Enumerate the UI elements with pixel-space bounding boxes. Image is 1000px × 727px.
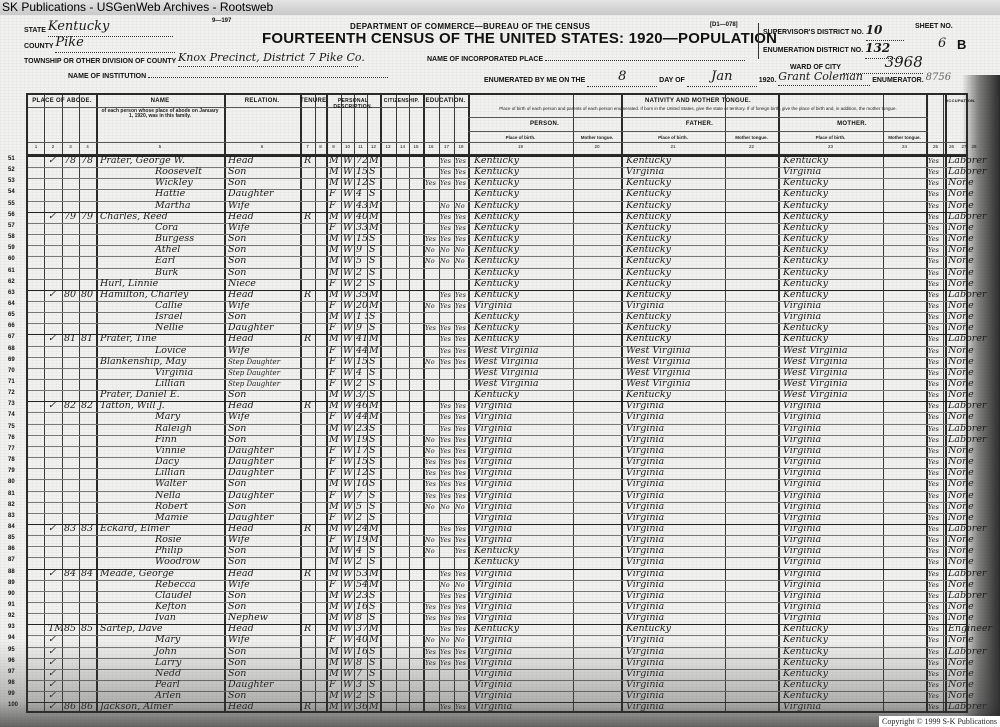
- cell-school: No: [425, 300, 439, 312]
- line-number: 69: [8, 357, 15, 363]
- cell-tenure: R: [304, 155, 314, 167]
- sheet-number: 6: [938, 36, 946, 51]
- column-number: 9: [326, 144, 341, 149]
- cell-tenure: R: [304, 400, 314, 412]
- header-occupation: OCCUPATION.: [945, 98, 970, 103]
- column-number: 24: [883, 144, 926, 149]
- enumerator-label: Enumerator.: [872, 77, 923, 84]
- enumerated-day: 8: [618, 69, 626, 84]
- line-number: 93: [8, 624, 15, 630]
- header-father: FATHER.: [621, 121, 778, 127]
- cell-school: Yes: [425, 612, 439, 624]
- state-field: State Kentucky: [24, 21, 173, 37]
- line-number: 68: [8, 346, 15, 352]
- column-number: 13: [380, 144, 396, 149]
- cell-father-birth: Virginia: [626, 701, 725, 713]
- county-label: County: [24, 43, 53, 50]
- ward-field: Ward of city 3968: [790, 55, 923, 74]
- enumerated-month: Jan: [711, 69, 732, 84]
- incorporated-label: Name of incorporated place: [427, 56, 543, 63]
- cell-family: 78: [81, 155, 96, 167]
- cell-tenure: R: [304, 568, 314, 580]
- cell-school: No: [425, 501, 439, 513]
- line-number: 71: [8, 379, 15, 385]
- cell-write: Yes: [455, 177, 468, 189]
- cell-read: Yes: [440, 300, 454, 312]
- cell-write: No: [455, 255, 468, 267]
- line-number: 64: [8, 301, 15, 307]
- column-number: 26: [945, 144, 958, 149]
- line-number: 70: [8, 368, 15, 374]
- column-number: 5: [96, 144, 224, 149]
- cell-family: 86: [81, 701, 96, 713]
- day-of-label: day of: [659, 77, 685, 84]
- column-number: 27: [958, 144, 970, 149]
- cell-mark: ✓: [48, 289, 62, 301]
- line-number: 90: [8, 591, 15, 597]
- cell-dwelling: 82: [64, 400, 79, 412]
- header-person-birth: Place of birth.: [468, 135, 573, 140]
- cell-family: 81: [81, 333, 96, 345]
- line-number: 65: [8, 312, 15, 318]
- line-number: 75: [8, 424, 15, 430]
- column-number: 11: [354, 144, 367, 149]
- line-number: 52: [8, 167, 15, 173]
- cell-tenure: R: [304, 523, 314, 535]
- cell-relation: Head: [228, 701, 298, 713]
- header-person: PERSON.: [468, 121, 621, 127]
- line-number: 54: [8, 189, 15, 195]
- state-value: Kentucky: [48, 19, 110, 34]
- line-number: 96: [8, 658, 15, 664]
- cell-school: No: [425, 545, 439, 557]
- cell-read: Yes: [440, 534, 454, 546]
- window-title: SK Publications - USGenWeb Archives - Ro…: [0, 0, 1000, 15]
- state-label: State: [24, 27, 46, 34]
- cell-family: 83: [81, 523, 96, 535]
- copyright-notice: Copyright © 1999 S-K Publications: [879, 716, 1000, 727]
- cell-dwelling: 81: [64, 333, 79, 345]
- column-number: 15: [409, 144, 423, 149]
- township-value: Knox Precinct, District 7 Pike Co.: [178, 51, 365, 64]
- header-personal-description: PERSONAL DESCRIPTION.: [326, 98, 380, 110]
- line-number: 97: [8, 669, 15, 675]
- header-mother-tongue: Mother tongue.: [883, 135, 926, 140]
- header-father-tongue: Mother tongue.: [725, 135, 778, 140]
- cell-school: No: [425, 356, 439, 368]
- cell-read: No: [440, 255, 454, 267]
- line-number: 99: [8, 691, 15, 697]
- column-number: 25: [926, 144, 945, 149]
- cell-dwelling: 85: [64, 623, 79, 635]
- cell-mother-birth: Virginia: [783, 701, 882, 713]
- line-number: 72: [8, 390, 15, 396]
- header-nativity-sub: Place of birth of each person and parent…: [478, 106, 918, 111]
- institution-field: Name of Institution: [68, 73, 388, 80]
- column-number: 12: [367, 144, 380, 149]
- column-number: 23: [778, 144, 883, 149]
- ward-value: 3968: [885, 53, 923, 71]
- column-number: 20: [573, 144, 621, 149]
- enumeration-label: Enumeration District No.: [763, 47, 863, 54]
- cell-dwelling: 79: [64, 211, 79, 223]
- column-number: 7: [300, 144, 315, 149]
- sheet-side: B: [957, 37, 966, 52]
- cell-mark: ✓: [48, 211, 62, 223]
- cell-school: Yes: [425, 657, 439, 669]
- cell-write: Yes: [455, 657, 468, 669]
- header-name-sub: of each person whose place of abode on J…: [100, 109, 220, 119]
- cell-mark: ✓: [48, 333, 62, 345]
- incorporated-place-field: Name of incorporated place: [427, 56, 745, 63]
- line-number: 88: [8, 569, 15, 575]
- cell-tenure: R: [304, 211, 314, 223]
- institution-label: Name of Institution: [68, 73, 146, 80]
- column-number: 19: [468, 144, 573, 149]
- cell-read: Yes: [440, 657, 454, 669]
- line-number: 92: [8, 613, 15, 619]
- cell-sex: M: [329, 701, 341, 713]
- line-number: 63: [8, 290, 15, 296]
- cell-name: Jackson, Almer: [100, 701, 222, 713]
- header-education: EDUCATION.: [423, 98, 468, 104]
- line-number: 55: [8, 201, 15, 207]
- column-number: 18: [454, 144, 468, 149]
- cell-tenure: R: [304, 333, 314, 345]
- cell-mark: ✓: [48, 155, 62, 167]
- cell-write: No: [455, 501, 468, 513]
- cell-tenure: R: [304, 701, 314, 713]
- enumerator-note: 8756: [926, 72, 951, 83]
- column-number: 3: [62, 144, 79, 149]
- header-person-tongue: Mother tongue.: [573, 135, 621, 140]
- column-number: 21: [621, 144, 725, 149]
- cell-read: Yes: [440, 177, 454, 189]
- line-number: 82: [8, 502, 15, 508]
- line-number: 58: [8, 234, 15, 240]
- cell-write: Yes: [455, 545, 468, 557]
- header-relation: RELATION.: [224, 98, 300, 104]
- cell-mark: ✓: [48, 523, 62, 535]
- cell-dwelling: 86: [64, 701, 79, 713]
- cell-english: Yes: [928, 701, 943, 713]
- cell-school: No: [425, 255, 439, 267]
- cell-dwelling: 80: [64, 289, 79, 301]
- column-number: 2: [44, 144, 62, 149]
- enumerated-label: Enumerated by me on the: [484, 77, 585, 84]
- line-number: 85: [8, 535, 15, 541]
- line-number: 61: [8, 268, 15, 274]
- column-number: 14: [396, 144, 409, 149]
- line-number: 83: [8, 513, 15, 519]
- line-number: 60: [8, 256, 15, 262]
- cell-birth: Virginia: [474, 701, 573, 713]
- line-number: 57: [8, 223, 15, 229]
- header-place-of-abode: PLACE OF ABODE.: [28, 98, 96, 104]
- cell-mark: ✓: [48, 701, 62, 713]
- header-father-birth: Place of birth.: [621, 135, 725, 140]
- county-value: Pike: [55, 35, 83, 50]
- column-number: 17: [439, 144, 454, 149]
- line-number: 89: [8, 580, 15, 586]
- cell-write: Yes: [455, 300, 468, 312]
- cell-write: Yes: [455, 701, 468, 713]
- line-number: 77: [8, 446, 15, 452]
- district-box: Supervisor's District No. 10 Enumeration…: [758, 23, 904, 59]
- header-mother: MOTHER.: [778, 121, 926, 127]
- supervisor-value: 10: [866, 23, 883, 37]
- cell-trade: Laborer: [948, 701, 1000, 713]
- cell-race: W: [343, 701, 354, 713]
- cell-family: 85: [81, 623, 96, 635]
- line-number: 74: [8, 412, 15, 418]
- line-number: 53: [8, 178, 15, 184]
- form-code: [D1—078]: [710, 22, 738, 28]
- column-number: 16: [423, 144, 439, 149]
- column-number: 8: [315, 144, 326, 149]
- township-field: Township or other division of county Kno…: [24, 53, 358, 67]
- header-citizenship: CITIZENSHIP.: [380, 98, 423, 104]
- header-nativity: NATIVITY AND MOTHER TONGUE.: [468, 98, 928, 104]
- line-number: 80: [8, 479, 15, 485]
- cell-write: Yes: [455, 356, 468, 368]
- ward-label: Ward of city: [790, 64, 841, 71]
- cell-read: Yes: [440, 701, 454, 713]
- line-number: 59: [8, 245, 15, 251]
- form-number: 9—197: [212, 18, 231, 24]
- line-number: 73: [8, 401, 15, 407]
- county-field: County Pike: [24, 37, 175, 53]
- table-row: 100✓8686Jackson, AlmerHeadRMW36MYesYesVi…: [28, 702, 966, 713]
- column-number: 1: [28, 144, 44, 149]
- line-number: 79: [8, 468, 15, 474]
- cell-tenure: R: [304, 623, 314, 635]
- cell-read: Yes: [440, 356, 454, 368]
- census-table: PLACE OF ABODE. NAME of each person whos…: [26, 93, 968, 713]
- cell-family: 80: [81, 289, 96, 301]
- column-number: 4: [79, 144, 96, 149]
- line-number: 95: [8, 647, 15, 653]
- cell-read: No: [440, 501, 454, 513]
- line-number: 87: [8, 557, 15, 563]
- cell-family: 84: [81, 568, 96, 580]
- cell-school: Yes: [425, 322, 439, 334]
- year-label: 1920.: [759, 77, 777, 84]
- page-title: FOURTEENTH CENSUS OF THE UNITED STATES: …: [262, 30, 777, 47]
- cell-dwelling: 78: [64, 155, 79, 167]
- cell-family: 79: [81, 211, 96, 223]
- line-number: 56: [8, 212, 15, 218]
- line-number: 67: [8, 334, 15, 340]
- cell-dwelling: 83: [64, 523, 79, 535]
- supervisor-label: Supervisor's District No.: [763, 29, 864, 36]
- township-label: Township or other division of county: [24, 58, 176, 65]
- supervisor-district-field: Supervisor's District No. 10: [763, 23, 904, 41]
- cell-mark: ✓: [48, 568, 62, 580]
- cell-marital: M: [369, 701, 380, 713]
- line-number: 86: [8, 546, 15, 552]
- column-number: 28: [970, 144, 978, 149]
- line-number: 84: [8, 524, 15, 530]
- cell-dwelling: 84: [64, 568, 79, 580]
- line-number: 78: [8, 457, 15, 463]
- column-number: 10: [341, 144, 354, 149]
- cell-mark: ✓: [48, 400, 62, 412]
- line-number: 100: [8, 702, 18, 708]
- line-number: 91: [8, 602, 15, 608]
- header-name: NAME: [96, 98, 224, 104]
- cell-family: 82: [81, 400, 96, 412]
- line-number: 62: [8, 279, 15, 285]
- cell-school: Yes: [425, 177, 439, 189]
- line-number: 76: [8, 435, 15, 441]
- column-number: 22: [725, 144, 778, 149]
- line-number: 51: [8, 156, 15, 162]
- sheet-label: Sheet No.: [915, 23, 953, 30]
- line-number: 81: [8, 491, 15, 497]
- line-number: 98: [8, 680, 15, 686]
- header-tenure: TENURE.: [300, 98, 326, 104]
- line-number: 94: [8, 635, 15, 641]
- line-number: 66: [8, 323, 15, 329]
- column-number: 6: [224, 144, 300, 149]
- cell-age: 36: [356, 701, 367, 713]
- header-mother-birth: Place of birth.: [778, 135, 883, 140]
- cell-tenure: R: [304, 289, 314, 301]
